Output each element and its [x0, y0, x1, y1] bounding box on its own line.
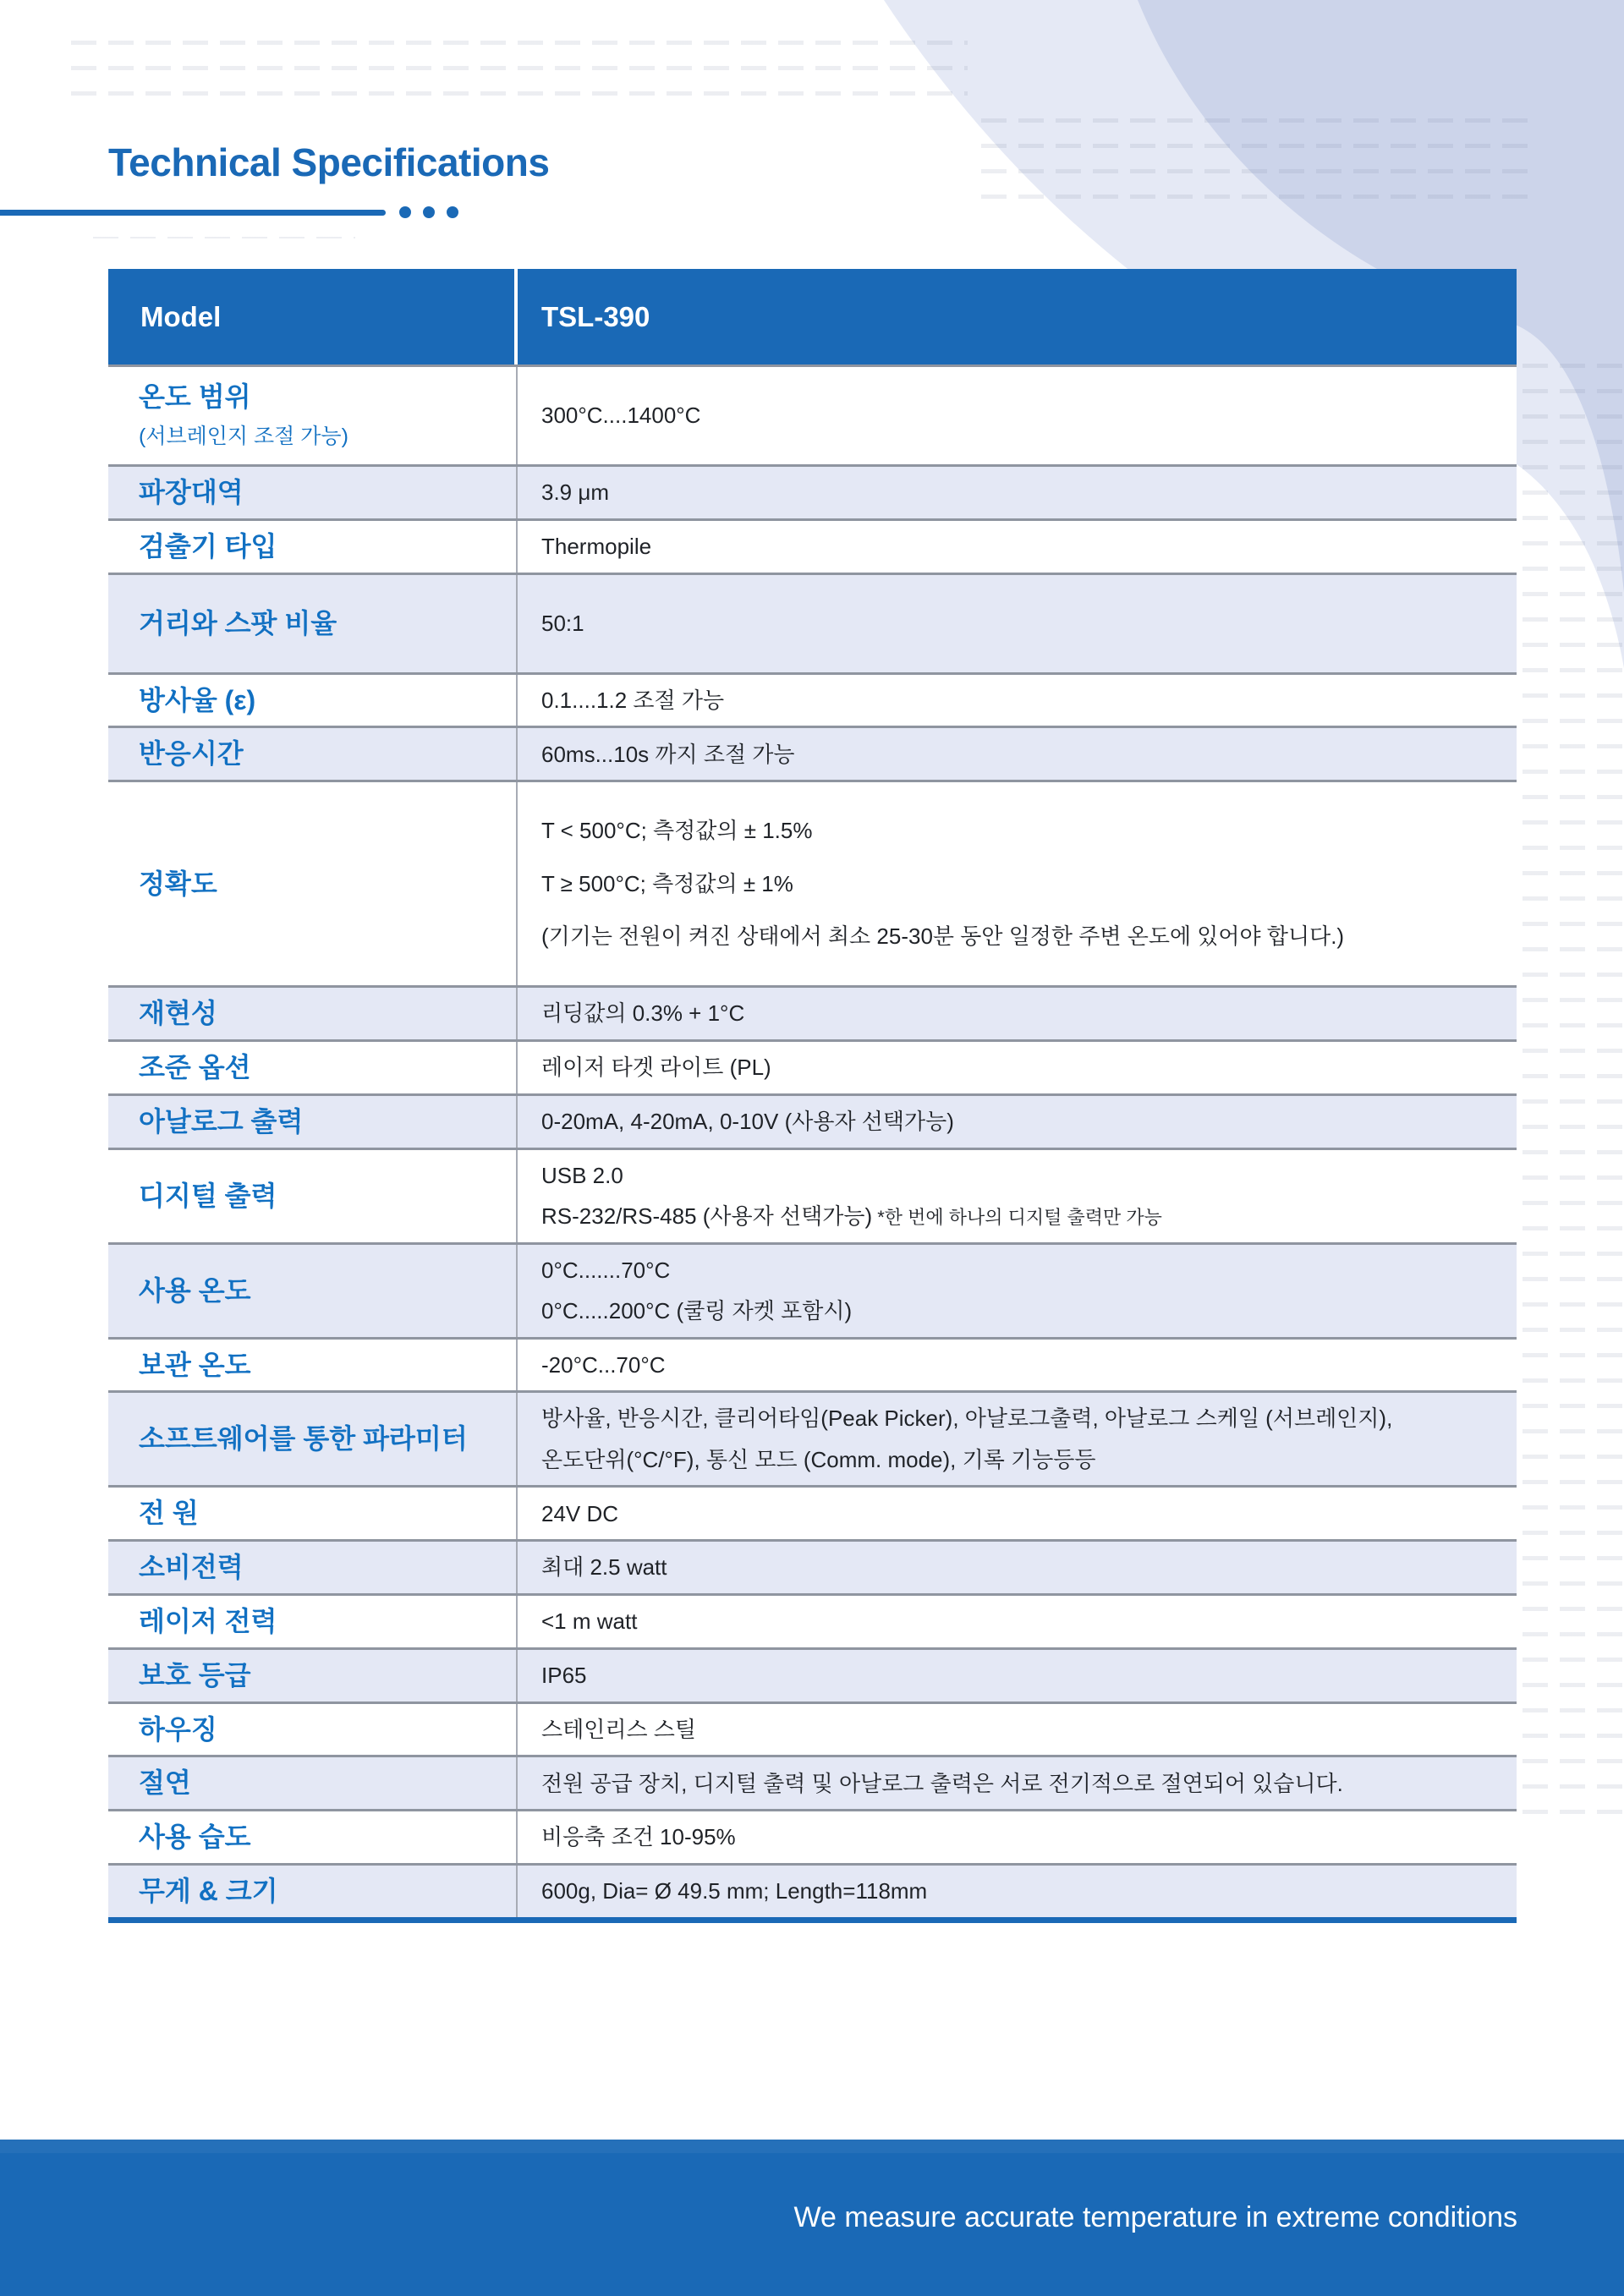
spec-label: 하우징	[139, 1714, 499, 1745]
spec-row: 레이저 전력 <1 m watt	[108, 1593, 1517, 1647]
spec-label: 소비전력	[139, 1552, 499, 1583]
spec-row: 소프트웨어를 통한 파라미터 방사율, 반응시간, 클리어타임(Peak Pic…	[108, 1390, 1517, 1485]
halftone-texture	[1522, 364, 1624, 1835]
spec-label-cell: 재현성	[108, 988, 518, 1039]
dot-icon	[423, 206, 435, 218]
spec-label: 보관 온도	[139, 1350, 499, 1381]
spec-value-cell: 0°C.......70°C0°C.....200°C (쿨링 자켓 포함시)	[518, 1245, 1517, 1337]
spec-row: 하우징 스테인리스 스틸	[108, 1701, 1517, 1756]
spec-label-cell: 검출기 타입	[108, 521, 518, 573]
spec-value-cell: 최대 2.5 watt	[518, 1542, 1517, 1593]
spec-value-cell: 전원 공급 장치, 디지털 출력 및 아날로그 출력은 서로 전기적으로 절연되…	[518, 1757, 1517, 1809]
spec-label-cell: 소프트웨어를 통한 파라미터	[108, 1393, 518, 1485]
spec-row: 반응시간 60ms...10s 까지 조절 가능	[108, 726, 1517, 780]
spec-value-line: T < 500°C; 측정값의 ± 1.5%	[541, 817, 1491, 845]
dot-icon	[399, 206, 411, 218]
spec-row: 무게 & 크기 600g, Dia= Ø 49.5 mm; Length=118…	[108, 1863, 1517, 1917]
spec-label-cell: 소비전력	[108, 1542, 518, 1593]
spec-label-cell: 정확도	[108, 782, 518, 985]
spec-label-cell: 온도 범위 (서브레인지 조절 가능)	[108, 367, 518, 464]
spec-value-line: <1 m watt	[541, 1608, 1491, 1636]
spec-value-cell: USB 2.0RS-232/RS-485 (사용자 선택가능) *한 번에 하나…	[518, 1150, 1517, 1242]
spec-label-cell: 보관 온도	[108, 1340, 518, 1391]
spec-value-cell: T < 500°C; 측정값의 ± 1.5%T ≥ 500°C; 측정값의 ± …	[518, 782, 1517, 985]
spec-label: 온도 범위	[139, 381, 499, 413]
spec-value-line: USB 2.0	[541, 1162, 1491, 1190]
spec-value-line: 비응축 조건 10-95%	[541, 1823, 1491, 1851]
spec-value-cell: 50:1	[518, 575, 1517, 672]
spec-label-cell: 파장대역	[108, 467, 518, 518]
dot-icon	[447, 206, 458, 218]
spec-value-line: 최대 2.5 watt	[541, 1553, 1491, 1581]
spec-value-line: T ≥ 500°C; 측정값의 ± 1%	[541, 870, 1491, 898]
spec-row: 재현성 리딩값의 0.3% + 1°C	[108, 985, 1517, 1039]
spec-value-line: 60ms...10s 까지 조절 가능	[541, 741, 1491, 769]
spec-row: 정확도 T < 500°C; 측정값의 ± 1.5%T ≥ 500°C; 측정값…	[108, 780, 1517, 985]
spec-value-line: 50:1	[541, 610, 1491, 638]
halftone-texture	[71, 41, 968, 101]
spec-value-cell: 리딩값의 0.3% + 1°C	[518, 988, 1517, 1039]
spec-label: 조준 옵션	[139, 1052, 499, 1083]
spec-value-line: 0-20mA, 4-20mA, 0-10V (사용자 선택가능)	[541, 1108, 1491, 1136]
spec-label: 반응시간	[139, 738, 499, 770]
spec-value-line: 600g, Dia= Ø 49.5 mm; Length=118mm	[541, 1877, 1491, 1905]
footer-tagline: We measure accurate temperature in extre…	[794, 2201, 1517, 2234]
spec-label: 검출기 타입	[139, 531, 499, 562]
spec-label: 소프트웨어를 통한 파라미터	[139, 1423, 499, 1455]
footer-bar: We measure accurate temperature in extre…	[0, 2140, 1624, 2296]
spec-value-note: *한 번에 하나의 디지털 출력만 가능	[872, 1207, 1162, 1228]
spec-value-line: IP65	[541, 1662, 1491, 1690]
spec-value-line: 온도단위(°C/°F), 통신 모드 (Comm. mode), 기록 기능등등	[541, 1446, 1491, 1474]
spec-label-cell: 반응시간	[108, 728, 518, 780]
spec-value-line: 0.1....1.2 조절 가능	[541, 687, 1491, 715]
spec-row: 디지털 출력 USB 2.0RS-232/RS-485 (사용자 선택가능) *…	[108, 1148, 1517, 1242]
spec-value-cell: 스테인리스 스틸	[518, 1704, 1517, 1756]
spec-label: 전 원	[139, 1498, 499, 1529]
spec-value-line: 0°C.......70°C	[541, 1257, 1491, 1285]
spec-label-cell: 거리와 스팟 비율	[108, 575, 518, 672]
spec-row: 조준 옵션 레이저 타겟 라이트 (PL)	[108, 1039, 1517, 1093]
spec-label: 정확도	[139, 869, 499, 900]
spec-label: 무게 & 크기	[139, 1876, 499, 1907]
spec-label-cell: 절연	[108, 1757, 518, 1809]
spec-value-line: Thermopile	[541, 533, 1491, 561]
spec-label-cell: 하우징	[108, 1704, 518, 1756]
spec-label-cell: 사용 습도	[108, 1811, 518, 1863]
title-underline	[0, 210, 386, 216]
spec-label: 레이저 전력	[139, 1606, 499, 1637]
spec-label: 디지털 출력	[139, 1181, 499, 1212]
spec-row: 검출기 타입 Thermopile	[108, 518, 1517, 573]
spec-label: 보호 등급	[139, 1660, 499, 1691]
spec-sublabel: (서브레인지 조절 가능)	[139, 419, 499, 450]
spec-label-cell: 디지털 출력	[108, 1150, 518, 1242]
spec-value-line: RS-232/RS-485 (사용자 선택가능) *한 번에 하나의 디지털 출…	[541, 1203, 1491, 1230]
spec-label-cell: 방사율 (ε)	[108, 675, 518, 726]
spec-label: 파장대역	[139, 477, 499, 508]
spec-value-line: 3.9 μm	[541, 479, 1491, 507]
spec-row: 사용 습도 비응축 조건 10-95%	[108, 1809, 1517, 1863]
spec-value-cell: 0.1....1.2 조절 가능	[518, 675, 1517, 726]
title-dots	[399, 206, 458, 218]
spec-label-cell: 무게 & 크기	[108, 1866, 518, 1917]
spec-value-cell: -20°C...70°C	[518, 1340, 1517, 1391]
spec-value-cell: Thermopile	[518, 521, 1517, 573]
spec-value-cell: 방사율, 반응시간, 클리어타임(Peak Picker), 아날로그출력, 아…	[518, 1393, 1517, 1485]
spec-label: 거리와 스팟 비율	[139, 608, 499, 639]
spec-row: 파장대역 3.9 μm	[108, 464, 1517, 518]
spec-value-line: 전원 공급 장치, 디지털 출력 및 아날로그 출력은 서로 전기적으로 절연되…	[541, 1770, 1491, 1798]
spec-value-cell: 60ms...10s 까지 조절 가능	[518, 728, 1517, 780]
spec-value-cell: 0-20mA, 4-20mA, 0-10V (사용자 선택가능)	[518, 1096, 1517, 1148]
spec-label: 절연	[139, 1767, 499, 1799]
spec-value-cell: 레이저 타겟 라이트 (PL)	[518, 1042, 1517, 1093]
spec-label-cell: 레이저 전력	[108, 1596, 518, 1647]
model-header-label: Model	[108, 269, 518, 364]
spec-value-line: 0°C.....200°C (쿨링 자켓 포함시)	[541, 1297, 1491, 1325]
halftone-texture	[981, 118, 1539, 220]
spec-value-line: 방사율, 반응시간, 클리어타임(Peak Picker), 아날로그출력, 아…	[541, 1405, 1491, 1433]
page: { "page": { "title": "Technical Specific…	[0, 0, 1624, 2296]
model-header-value: TSL-390	[518, 269, 1517, 364]
spec-value-cell: 600g, Dia= Ø 49.5 mm; Length=118mm	[518, 1866, 1517, 1917]
spec-label-cell: 조준 옵션	[108, 1042, 518, 1093]
spec-row: 전 원 24V DC	[108, 1485, 1517, 1539]
spec-label-cell: 아날로그 출력	[108, 1096, 518, 1148]
spec-value-line: -20°C...70°C	[541, 1351, 1491, 1379]
page-title: Technical Specifications	[108, 140, 549, 185]
spec-row: 사용 온도 0°C.......70°C0°C.....200°C (쿨링 자켓…	[108, 1242, 1517, 1337]
spec-label-cell: 사용 온도	[108, 1245, 518, 1337]
spec-value-cell: 24V DC	[518, 1488, 1517, 1539]
spec-row: 거리와 스팟 비율 50:1	[108, 573, 1517, 672]
spec-label: 방사율 (ε)	[139, 685, 499, 716]
spec-label: 재현성	[139, 998, 499, 1029]
spec-value-line: (기기는 전원이 켜진 상태에서 최소 25-30분 동안 일정한 주변 온도에…	[541, 923, 1491, 951]
spec-value-line: 레이저 타겟 라이트 (PL)	[541, 1054, 1491, 1082]
spec-row: 방사율 (ε) 0.1....1.2 조절 가능	[108, 672, 1517, 726]
spec-value-cell: <1 m watt	[518, 1596, 1517, 1647]
spec-value-line: 리딩값의 0.3% + 1°C	[541, 1000, 1491, 1027]
spec-label-cell: 전 원	[108, 1488, 518, 1539]
spec-row: 보호 등급 IP65	[108, 1647, 1517, 1701]
spec-label: 사용 온도	[139, 1275, 499, 1307]
spec-row: 온도 범위 (서브레인지 조절 가능) 300°C....1400°C	[108, 364, 1517, 464]
spec-value-cell: 비응축 조건 10-95%	[518, 1811, 1517, 1863]
spec-table-header: Model TSL-390	[108, 269, 1517, 364]
spec-value-line: 24V DC	[541, 1500, 1491, 1528]
spec-label-cell: 보호 등급	[108, 1650, 518, 1701]
spec-value-cell: IP65	[518, 1650, 1517, 1701]
spec-value-cell: 3.9 μm	[518, 467, 1517, 518]
spec-row: 아날로그 출력 0-20mA, 4-20mA, 0-10V (사용자 선택가능)	[108, 1093, 1517, 1148]
spec-table-body: 온도 범위 (서브레인지 조절 가능) 300°C....1400°C 파장대역…	[108, 364, 1517, 1917]
spec-label: 사용 습도	[139, 1822, 499, 1853]
spec-row: 소비전력 최대 2.5 watt	[108, 1539, 1517, 1593]
spec-row: 보관 온도 -20°C...70°C	[108, 1337, 1517, 1391]
spec-label: 아날로그 출력	[139, 1106, 499, 1137]
spec-value-cell: 300°C....1400°C	[518, 367, 1517, 464]
spec-row: 절연 전원 공급 장치, 디지털 출력 및 아날로그 출력은 서로 전기적으로 …	[108, 1755, 1517, 1809]
spec-table: Model TSL-390 온도 범위 (서브레인지 조절 가능) 300°C.…	[108, 269, 1517, 1923]
spec-value-line: 300°C....1400°C	[541, 402, 1491, 430]
spec-value-line: 스테인리스 스틸	[541, 1716, 1491, 1744]
